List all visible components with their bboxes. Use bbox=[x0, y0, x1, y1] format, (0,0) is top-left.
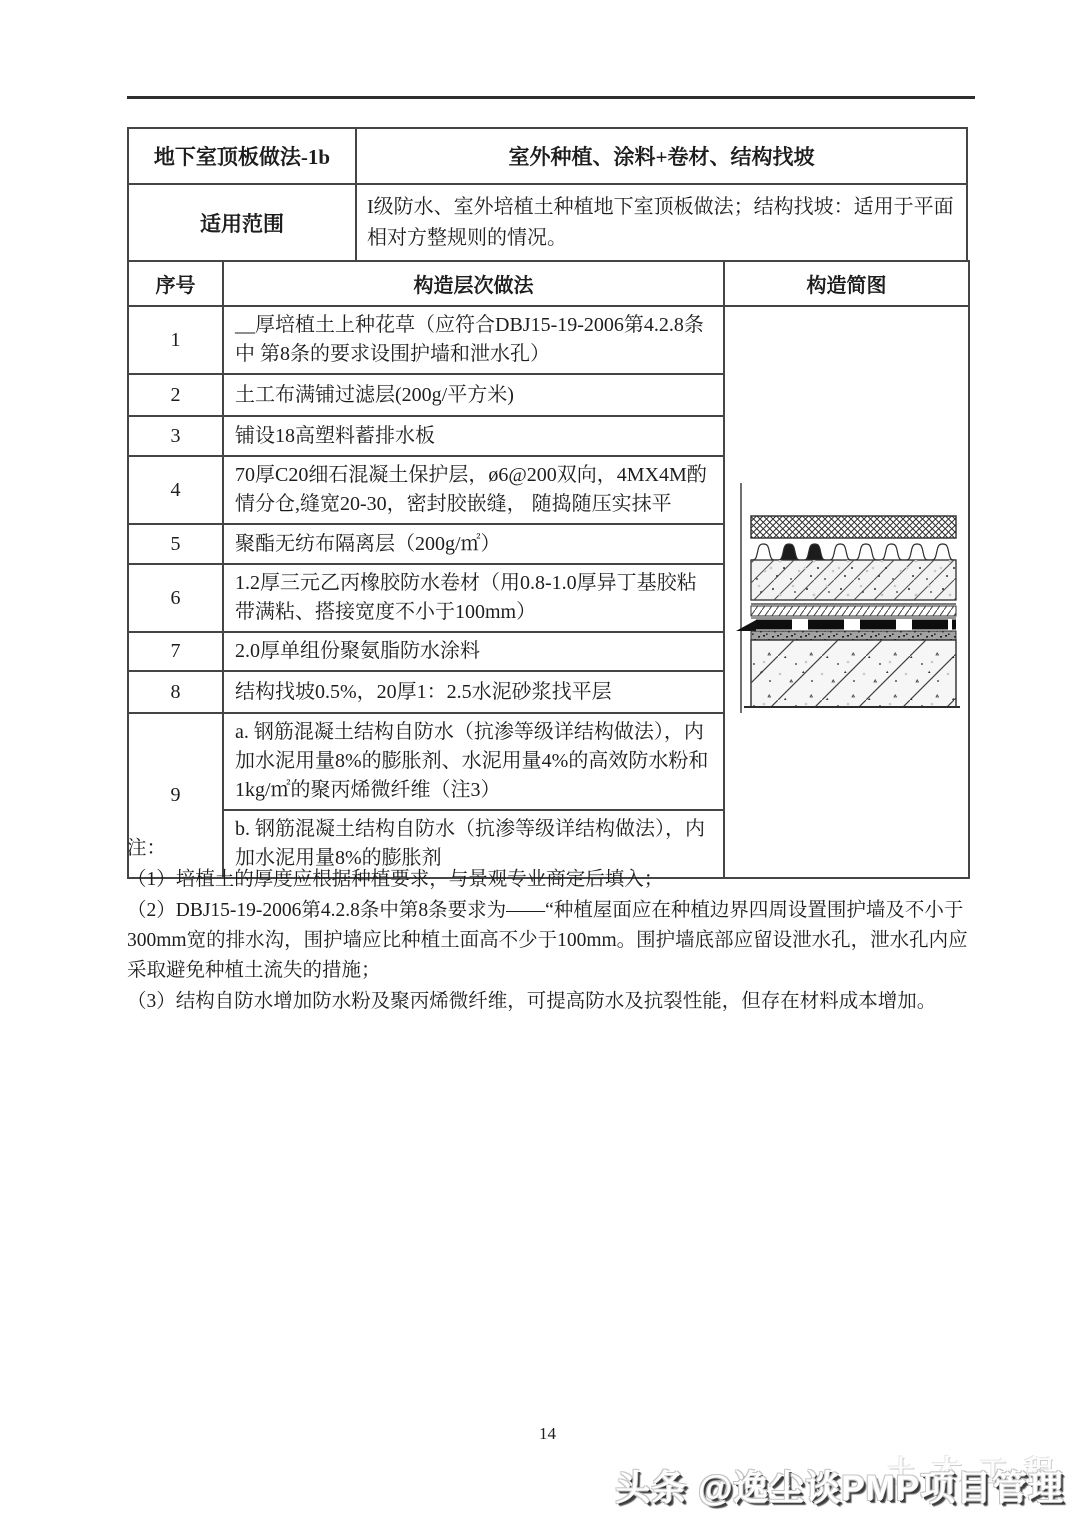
method-title: 室外种植、涂料+卷材、结构找坡 bbox=[356, 128, 967, 184]
row-no: 5 bbox=[128, 524, 223, 564]
column-header-method: 构造层次做法 bbox=[223, 261, 724, 306]
construction-diagram bbox=[726, 308, 967, 720]
row-method: __厚培植土上种花草（应符合DBJ15-19-2006第4.2.8条中 第8条的… bbox=[223, 306, 724, 374]
row-no: 7 bbox=[128, 632, 223, 671]
row-method: 聚酯无纺布隔离层（200g/㎡） bbox=[223, 524, 724, 564]
method-code: 地下室顶板做法-1b bbox=[128, 128, 356, 184]
header-table: 地下室顶板做法-1b 室外种植、涂料+卷材、结构找坡 适用范围 I级防水、室外培… bbox=[127, 127, 968, 262]
waterproof-membrane-layer bbox=[736, 618, 956, 631]
row-method: 铺设18高塑料蓄排水板 bbox=[223, 416, 724, 456]
table-header-row: 序号 构造层次做法 构造简图 bbox=[128, 261, 969, 306]
soil-weave-layer bbox=[751, 516, 956, 538]
row-method: 土工布满铺过滤层(200g/平方米) bbox=[223, 374, 724, 416]
row-no: 8 bbox=[128, 671, 223, 713]
row-no: 1 bbox=[128, 306, 223, 374]
page-number: 14 bbox=[127, 1424, 968, 1444]
column-header-no: 序号 bbox=[128, 261, 223, 306]
structural-slab-layer bbox=[744, 640, 960, 707]
row-method-option-a: a. 钢筋混凝土结构自防水（抗渗等级详结构做法），内加水泥用量8%的膨胀剂、水泥… bbox=[223, 713, 724, 810]
coating-layer bbox=[751, 631, 956, 640]
row-no: 2 bbox=[128, 374, 223, 416]
drainage-board-layer bbox=[751, 544, 956, 560]
row-no: 3 bbox=[128, 416, 223, 456]
watermark-text: 头条 @逸尘谈PMP项目管理 bbox=[615, 1461, 1064, 1511]
row-method: 2.0厚单组份聚氨脂防水涂料 bbox=[223, 632, 724, 671]
scope-label: 适用范围 bbox=[128, 184, 356, 261]
row-no: 4 bbox=[128, 456, 223, 524]
notes-label: 注： bbox=[127, 834, 977, 864]
column-header-diagram: 构造简图 bbox=[724, 261, 969, 306]
document-page: 地下室顶板做法-1b 室外种植、涂料+卷材、结构找坡 适用范围 I级防水、室外培… bbox=[0, 0, 1080, 1527]
row-method: 70厚C20细石混凝土保护层，ø6@200双向，4MX4M酌情分仓,缝宽20-3… bbox=[223, 456, 724, 524]
diagram-cell bbox=[724, 306, 969, 878]
top-divider-rule bbox=[127, 96, 975, 99]
table-row: 1 __厚培植土上种花草（应符合DBJ15-19-2006第4.2.8条中 第8… bbox=[128, 306, 969, 374]
row-method: 结构找坡0.5%，20厚1：2.5水泥砂浆找平层 bbox=[223, 671, 724, 713]
construction-table: 序号 构造层次做法 构造简图 1 __厚培植土上种花草（应符合DBJ15-19-… bbox=[127, 260, 970, 879]
protection-concrete-layer bbox=[751, 560, 956, 604]
row-no: 6 bbox=[128, 564, 223, 632]
note-item: （1）培植土的厚度应根据种植要求，与景观专业商定后填入； bbox=[127, 865, 977, 895]
note-item: （3）结构自防水增加防水粉及聚丙烯微纤维，可提高防水及抗裂性能，但存在材料成本增… bbox=[127, 987, 977, 1017]
scope-text: I级防水、室外培植土种植地下室顶板做法；结构找坡：适用于平面相对方整规则的情况。 bbox=[356, 184, 967, 261]
note-item: （2）DBJ15-19-2006第4.2.8条中第8条要求为——“种植屋面应在种… bbox=[127, 896, 977, 986]
notes-section: 注： （1）培植土的厚度应根据种植要求，与景观专业商定后填入； （2）DBJ15… bbox=[127, 834, 977, 1018]
row-method: 1.2厚三元乙丙橡胶防水卷材（用0.8-1.0厚异丁基胶粘带满粘、搭接宽度不小于… bbox=[223, 564, 724, 632]
construction-diagram-svg bbox=[734, 480, 960, 720]
separation-layer bbox=[751, 606, 956, 616]
